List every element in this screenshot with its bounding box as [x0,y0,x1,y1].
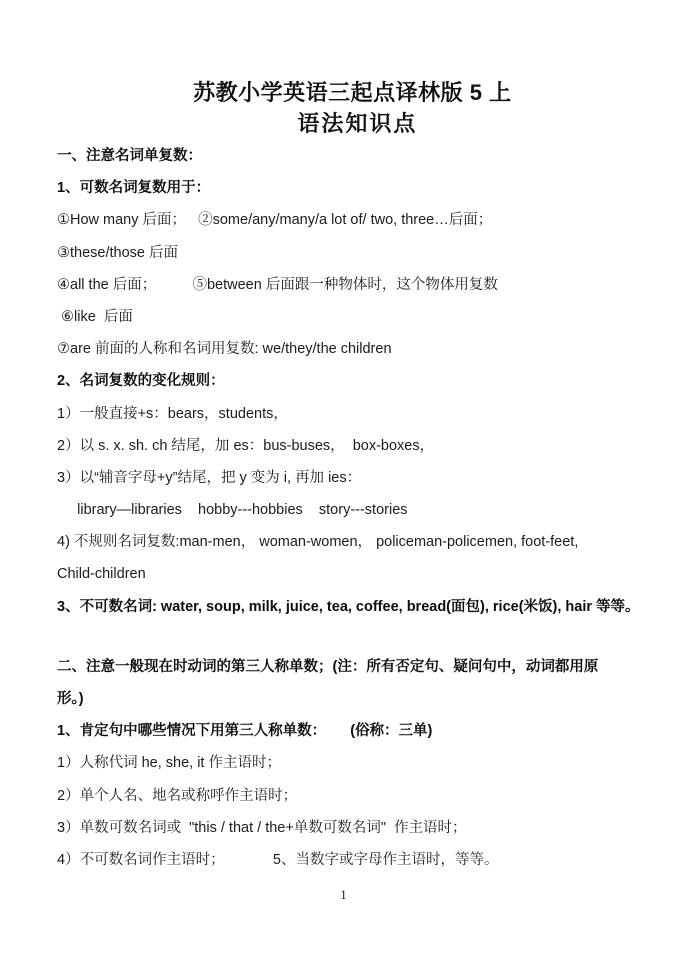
text-line: library—libraries hobby---hobbies story-… [57,494,677,526]
text-line: 2、名词复数的变化规则： [57,365,677,397]
text-line: 1、肯定句中哪些情况下用第三人称单数： (俗称：三单) [57,715,677,747]
text-line: 3）以“辅音字母+y”结尾，把 y 变为 i, 再加 ies： [57,462,677,494]
text-line: 二、注意一般现在时动词的第三人称单数；(注：所有否定句、疑问句中，动词都用原 [57,651,677,683]
page-title-sub: 语法知识点 [297,111,417,136]
text-line: 1）人称代词 he, she, it 作主语时； [57,747,677,779]
text-line: ③these/those 后面 [57,237,677,269]
text-line: 3）单数可数名词或 "this / that / the+单数可数名词" 作主语… [57,812,677,844]
text-line: 一、注意名词单复数： [57,140,677,172]
text-line: 4) 不规则名词复数:man-men， woman-women， policem… [57,526,677,558]
text-line: ⑦are 前面的人称和名词用复数: we/they/the children [57,333,677,365]
document-lines: 一、注意名词单复数：1、可数名词复数用于：①How many 后面； ②some… [57,140,677,876]
text-line: ⑥like 后面 [57,301,677,333]
text-line: 形。) [57,683,677,715]
line-spacer [57,623,677,651]
text-line: 2）以 s. x. sh. ch 结尾，加 es：bus-buses， box-… [57,430,677,462]
text-line: 3、不可数名词: water, soup, milk, juice, tea, … [57,591,677,623]
text-line: 1、可数名词复数用于： [57,172,677,204]
page-title-main: 苏教小学英语三起点译林版 5 上 [193,80,511,105]
document-page: 苏教小学英语三起点译林版 5 上 语法知识点 一、注意名词单复数：1、可数名词复… [0,0,687,971]
text-line: 2）单个人名、地名或称呼作主语时； [57,780,677,812]
text-line: 4）不可数名词作主语时； 5、当数字或字母作主语时，等等。 [57,844,677,876]
text-line: Child-children [57,558,677,590]
text-line: 1）一般直接+s：bears，students， [57,398,677,430]
text-line: ④all the 后面； ⑤between 后面跟一种物体时，这个物体用复数 [57,269,677,301]
text-line: ①How many 后面； ②some/any/many/a lot of/ t… [57,204,677,236]
page-number: 1 [0,888,687,903]
